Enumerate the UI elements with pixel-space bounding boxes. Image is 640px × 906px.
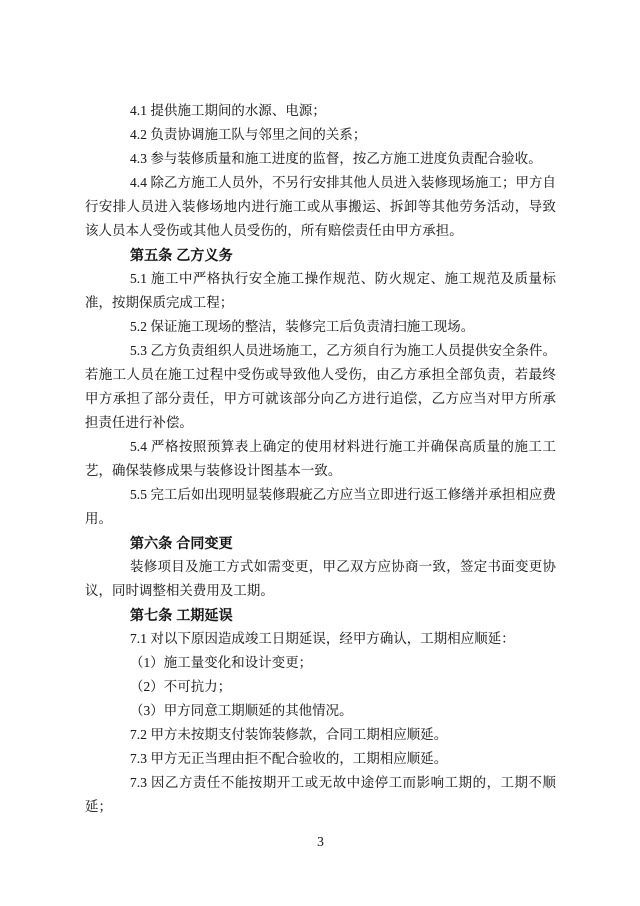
clause-subitem: （3）甲方同意工期顺延的其他情况。: [85, 699, 556, 723]
contract-clause: 7.1 对以下原因造成竣工日期延误，经甲方确认，工期相应顺延：: [85, 627, 556, 651]
contract-clause: 7.2 甲方未按期支付装饰装修款，合同工期相应顺延。: [85, 723, 556, 747]
contract-clause: 7.3 因乙方责任不能按期开工或无故中途停工而影响工期的，工期不顺延；: [85, 771, 556, 819]
section-heading-article-6: 第六条 合同变更: [85, 531, 556, 555]
contract-text-block: 4.1 提供施工期间的水源、电源； 4.2 负责协调施工队与邻里之间的关系； 4…: [85, 99, 556, 819]
section-heading-article-7: 第七条 工期延误: [85, 603, 556, 627]
contract-clause: 装修项目及施工方式如需变更，甲乙双方应协商一致，签定书面变更协议，同时调整相关费…: [85, 555, 556, 603]
clause-subitem: （2）不可抗力；: [85, 675, 556, 699]
section-heading-article-5: 第五条 乙方义务: [85, 243, 556, 267]
contract-clause: 5.2 保证施工现场的整洁，装修完工后负责清扫施工现场。: [85, 315, 556, 339]
contract-clause: 5.4 严格按照预算表上确定的使用材料进行施工并确保高质量的施工工艺，确保装修成…: [85, 435, 556, 483]
contract-clause: 4.3 参与装修质量和施工进度的监督，按乙方施工进度负责配合验收。: [85, 147, 556, 171]
clause-subitem: （1）施工量变化和设计变更；: [85, 651, 556, 675]
contract-clause: 4.2 负责协调施工队与邻里之间的关系；: [85, 123, 556, 147]
contract-clause: 4.4 除乙方施工人员外，不另行安排其他人员进入装修现场施工；甲方自行安排人员进…: [85, 171, 556, 243]
document-page: 4.1 提供施工期间的水源、电源； 4.2 负责协调施工队与邻里之间的关系； 4…: [0, 0, 640, 906]
contract-clause: 5.1 施工中严格执行安全施工操作规范、防火规定、施工规范及质量标准，按期保质完…: [85, 267, 556, 315]
page-number: 3: [317, 830, 324, 854]
contract-clause: 5.5 完工后如出现明显装修瑕疵乙方应当立即进行返工修缮并承担相应费用。: [85, 483, 556, 531]
contract-clause: 4.1 提供施工期间的水源、电源；: [85, 99, 556, 123]
contract-clause: 7.3 甲方无正当理由拒不配合验收的，工期相应顺延。: [85, 747, 556, 771]
page-footer: 3: [85, 830, 556, 854]
contract-clause: 5.3 乙方负责组织人员进场施工，乙方须自行为施工人员提供安全条件。若施工人员在…: [85, 339, 556, 435]
